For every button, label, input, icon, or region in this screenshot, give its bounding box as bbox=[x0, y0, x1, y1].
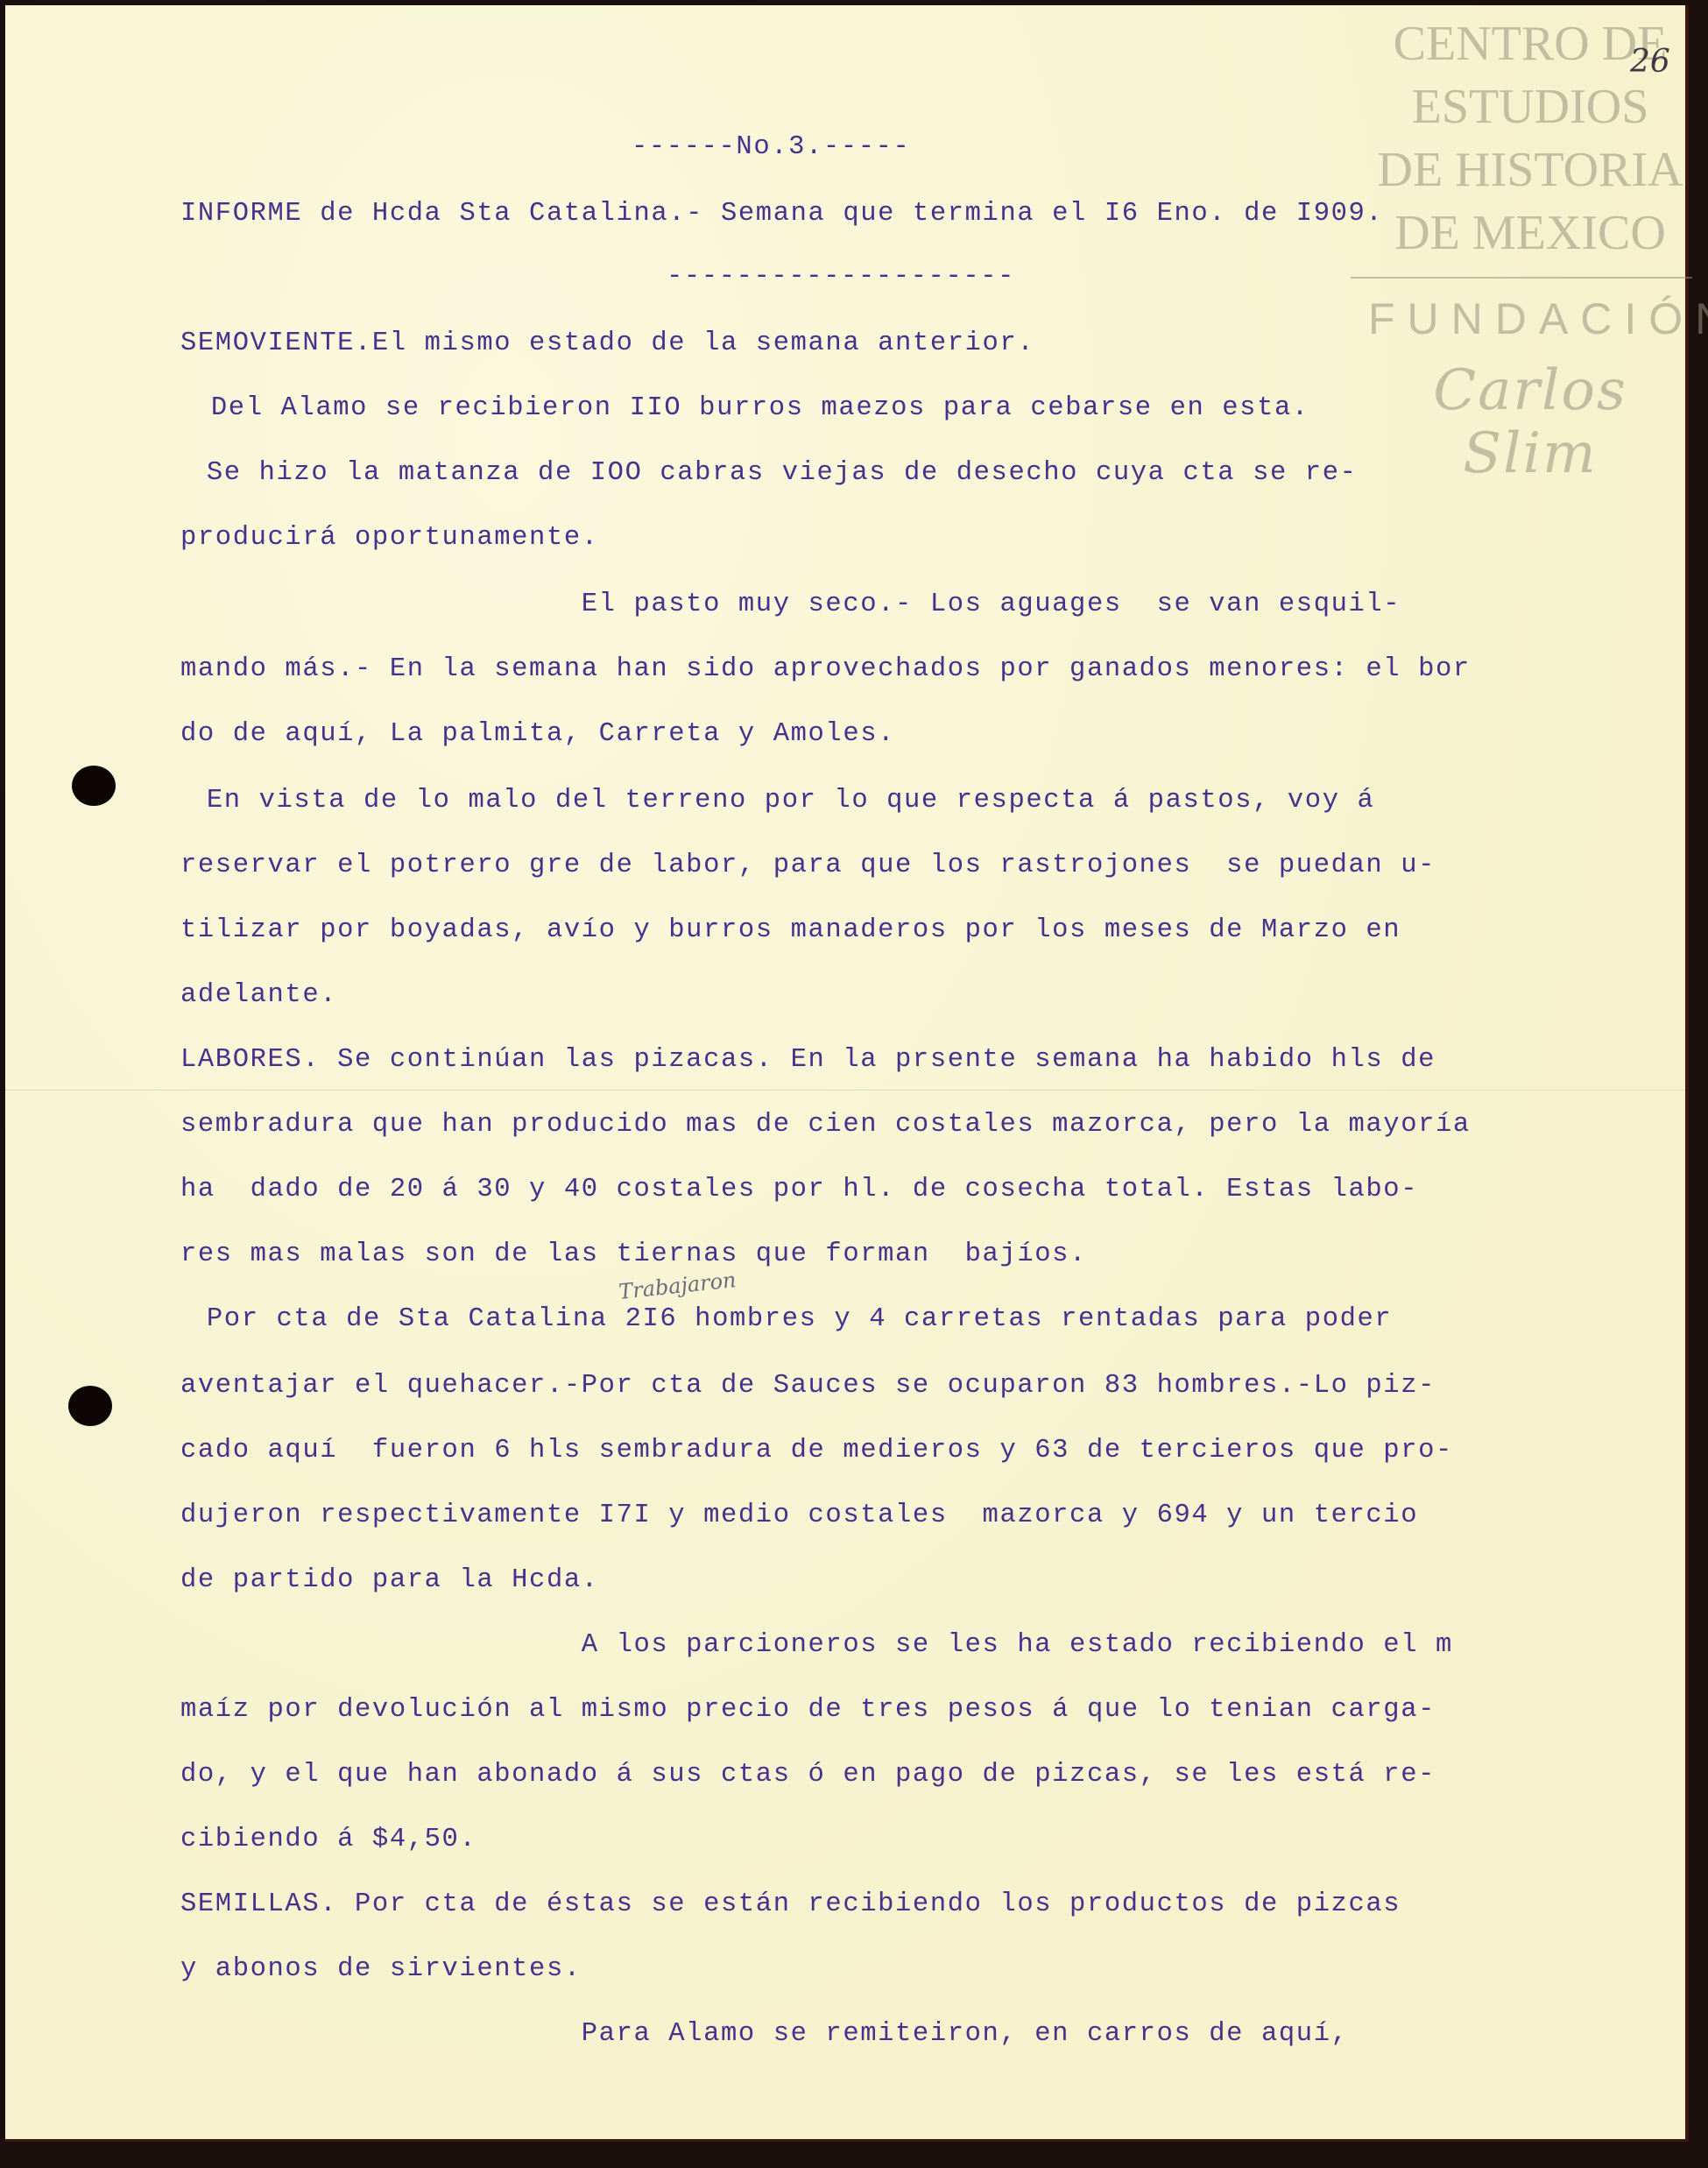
watermark-foundation: FUNDACIÓN bbox=[1368, 287, 1692, 350]
text-line: Del Alamo se recibieron IIO burros maezo… bbox=[194, 391, 1309, 426]
text-line: cado aquí fueron 6 hls sembradura de med… bbox=[180, 1433, 1453, 1468]
handwritten-annotation: Trabajaron bbox=[618, 1268, 738, 1304]
text-line: do, y el que han abonado á sus ctas ó en… bbox=[180, 1757, 1436, 1792]
punch-hole-top bbox=[72, 766, 116, 806]
title-underline: -------------------- bbox=[667, 259, 1015, 294]
text-line: sembradura que han producido mas de cien… bbox=[180, 1107, 1471, 1142]
text-line: maíz por devolución al mismo precio de t… bbox=[180, 1692, 1436, 1727]
watermark-line-4: DE MEXICO bbox=[1368, 201, 1692, 265]
text-line: y abonos de sirvientes. bbox=[180, 1952, 582, 1987]
paper-fold-line bbox=[5, 1090, 1685, 1091]
text-line: producirá oportunamente. bbox=[180, 520, 599, 555]
text-line: Por cta de Sta Catalina 2I6 hombres y 4 … bbox=[189, 1302, 1392, 1337]
section-semillas: SEMILLAS. Por cta de éstas se están reci… bbox=[180, 1887, 1401, 1922]
text-line: reservar el potrero gre de labor, para q… bbox=[180, 848, 1436, 883]
text-line: Se hizo la matanza de IOO cabras viejas … bbox=[189, 455, 1358, 491]
text-line: adelante. bbox=[180, 978, 337, 1013]
document-page: CENTRO DE ESTUDIOS DE HISTORIA DE MEXICO… bbox=[5, 5, 1689, 2142]
text-line: Para Alamo se remiteiron, en carros de a… bbox=[180, 2016, 1349, 2051]
text-line: cibiendo á $4,50. bbox=[180, 1822, 476, 1857]
report-number: ------No.3.----- bbox=[632, 130, 910, 165]
watermark-line-2: ESTUDIOS bbox=[1368, 75, 1692, 138]
text-line: mando más.- En la semana han sido aprove… bbox=[180, 652, 1471, 687]
section-labores: LABORES. Se continúan las pizacas. En la… bbox=[180, 1042, 1436, 1077]
text-line: de partido para la Hcda. bbox=[180, 1563, 599, 1598]
text-line: En vista de lo malo del terreno por lo q… bbox=[189, 783, 1374, 818]
watermark-signature: Carlos Slim bbox=[1368, 359, 1692, 485]
text-line: dujeron respectivamente I7I y medio cost… bbox=[180, 1498, 1418, 1533]
text-line: El pasto muy seco.- Los aguages se van e… bbox=[180, 587, 1401, 622]
text-line: A los parcioneros se les ha estado recib… bbox=[180, 1628, 1453, 1663]
watermark-line-3: DE HISTORIA bbox=[1368, 138, 1692, 201]
archive-watermark: CENTRO DE ESTUDIOS DE HISTORIA DE MEXICO… bbox=[1368, 12, 1692, 485]
punch-hole-bottom bbox=[68, 1386, 112, 1426]
text-line: SEMOVIENTE.El mismo estado de la semana … bbox=[180, 326, 1034, 361]
text-line: ha dado de 20 á 30 y 40 costales por hl.… bbox=[180, 1172, 1418, 1207]
text-line: aventajar el quehacer.-Por cta de Sauces… bbox=[180, 1368, 1436, 1403]
report-title: INFORME de Hcda Sta Catalina.- Semana qu… bbox=[180, 196, 1383, 231]
text-line: res mas malas son de las tiernas que for… bbox=[180, 1237, 1087, 1272]
text-line: tilizar por boyadas, avío y burros manad… bbox=[180, 913, 1401, 948]
watermark-divider bbox=[1351, 277, 1692, 279]
folio-number: 26 bbox=[1630, 44, 1670, 80]
text-line: do de aquí, La palmita, Carreta y Amoles… bbox=[180, 717, 895, 752]
